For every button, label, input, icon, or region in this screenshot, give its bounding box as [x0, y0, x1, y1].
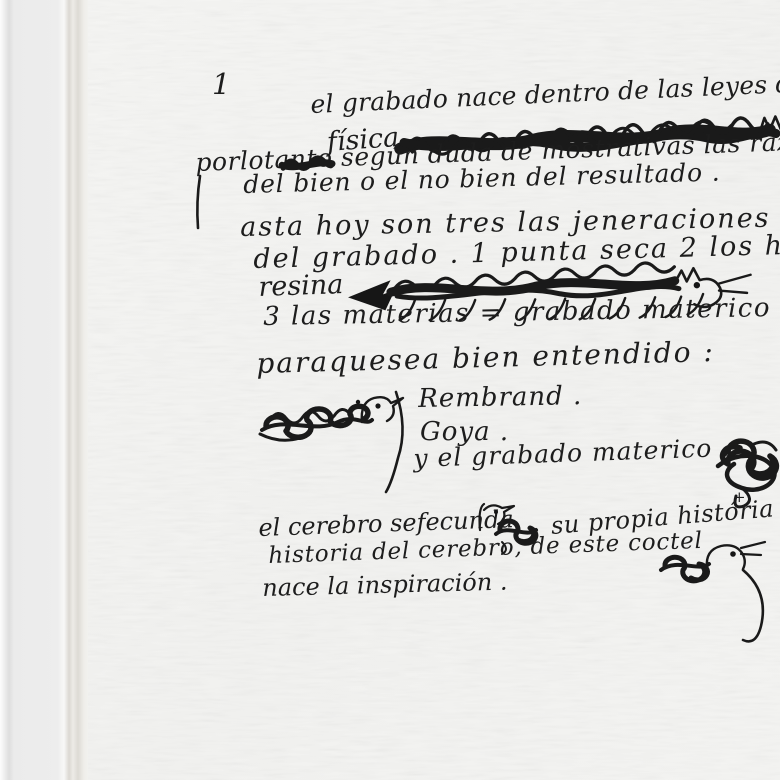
portfolio-cover-edge — [0, 0, 92, 780]
plus-mark: + — [733, 490, 746, 505]
photographed-manuscript: 1 el grabado nace dentro de las leyes de… — [0, 0, 780, 780]
handwritten-line-7: resina — [258, 271, 344, 301]
handwritten-line-10: Rembrand . — [418, 383, 583, 412]
handwritten-line-16: nace la inspiración . — [262, 570, 508, 600]
page-number: 1 — [212, 70, 230, 99]
pen-descender-stroke — [194, 174, 204, 230]
bird-doodle-scribbled-left — [254, 382, 404, 446]
bird-doodle-coctel — [655, 536, 780, 646]
long-curve-stroke — [384, 388, 406, 503]
